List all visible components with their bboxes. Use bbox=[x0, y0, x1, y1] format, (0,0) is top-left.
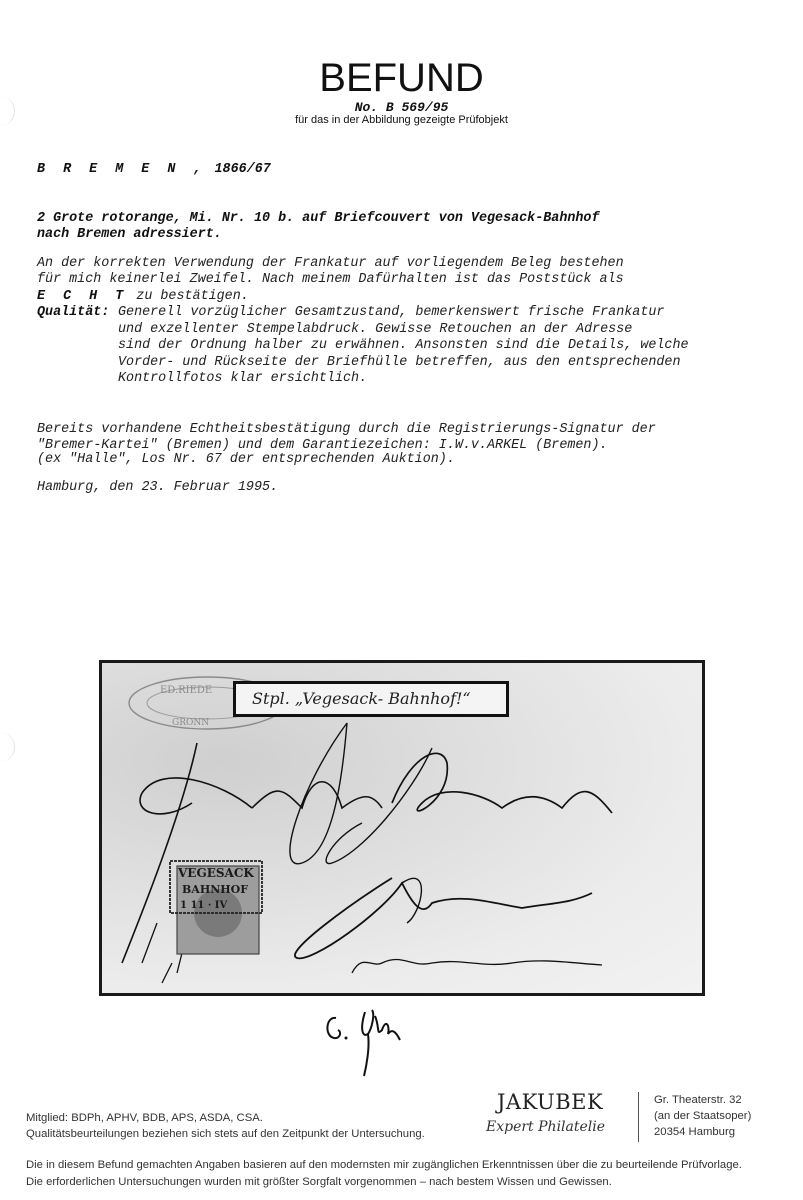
verdict-line: E C H T zu bestätigen. bbox=[37, 289, 797, 306]
svg-text:GRONN: GRONN bbox=[172, 718, 209, 728]
address-line: Gr. Theaterstr. 32 bbox=[654, 1092, 751, 1108]
quality-label: Qualität: bbox=[37, 305, 109, 322]
address-line: 20354 Hamburg bbox=[654, 1124, 751, 1140]
brand-tagline: Expert Philatelie bbox=[486, 1119, 605, 1135]
prior-signatures: Bereits vorhandene Echtheitsbestätigung … bbox=[37, 405, 797, 455]
item-description: 2 Grote rotorange, Mi. Nr. 10 b. auf Bri… bbox=[37, 194, 797, 244]
provenance: (ex "Halle", Los Nr. 67 der entsprechend… bbox=[37, 452, 797, 469]
signature-line: Bereits vorhandene Echtheitsbestätigung … bbox=[37, 422, 797, 439]
membership-line: Mitglied: BDPh, APHV, BDB, APS, ASDA, CS… bbox=[26, 1110, 425, 1126]
envelope-caption-label: Stpl. „Vegesack- Bahnhof!“ bbox=[233, 681, 509, 717]
heading-years: 1866/67 bbox=[215, 162, 271, 177]
usage-line: An der korrekten Verwendung der Frankatu… bbox=[37, 256, 797, 273]
svg-text:VEGESACK: VEGESACK bbox=[177, 866, 254, 880]
footer-divider bbox=[638, 1092, 639, 1142]
disclaimer-line: Die erforderlichen Untersuchungen wurden… bbox=[26, 1174, 742, 1191]
svg-text:ED.RIEDE: ED.RIEDE bbox=[160, 685, 212, 696]
quality-line: sind der Ordnung halber zu erwähnen. Ans… bbox=[118, 338, 689, 355]
usage-line: für mich keinerlei Zweifel. Nach meinem … bbox=[37, 272, 797, 289]
usage-paragraph: An der korrekten Verwendung der Frankatu… bbox=[37, 239, 797, 305]
scan-margin-mark bbox=[0, 732, 15, 762]
certificate-number: No. B 569/95 bbox=[0, 100, 803, 115]
quality-line: und exzellenter Stempelabdruck. Gewisse … bbox=[118, 322, 689, 339]
envelope-photo: ED.RIEDE GRONN VEGESACK BAHNHOF 1 11 · I… bbox=[99, 660, 705, 996]
verdict-word: E C H T bbox=[37, 289, 128, 304]
disclaimer: Die in diesem Befund gemachten Angaben b… bbox=[26, 1157, 742, 1190]
verdict-rest: zu bestätigen. bbox=[128, 289, 249, 304]
stamp-heading: B R E M E N , 1866/67 bbox=[37, 162, 797, 179]
quality-section: Qualität: Generell vorzüglicher Gesamtzu… bbox=[37, 305, 797, 338]
document-subtitle: für das in der Abbildung gezeigte Prüfob… bbox=[0, 114, 803, 126]
quality-line: Generell vorzüglicher Gesamtzustand, bem… bbox=[118, 305, 689, 322]
svg-text:1 11 · IV: 1 11 · IV bbox=[180, 900, 227, 911]
quality-note-line: Qualitätsbeurteilungen beziehen sich ste… bbox=[26, 1126, 425, 1142]
quality-line: Kontrollfotos klar ersichtlich. bbox=[118, 371, 689, 388]
quality-line: Vorder- und Rückseite der Briefhülle bet… bbox=[118, 355, 689, 372]
item-line: 2 Grote rotorange, Mi. Nr. 10 b. auf Bri… bbox=[37, 211, 797, 228]
disclaimer-line: Die in diesem Befund gemachten Angaben b… bbox=[26, 1157, 742, 1174]
address-line: (an der Staatsoper) bbox=[654, 1108, 751, 1124]
heading-country: B R E M E N , bbox=[37, 162, 206, 177]
brand-logo: JAKUBEK bbox=[497, 1090, 603, 1114]
examiner-signature bbox=[320, 1008, 430, 1078]
business-address: Gr. Theaterstr. 32 (an der Staatsoper) 2… bbox=[654, 1092, 751, 1140]
document-title: BEFUND bbox=[0, 56, 803, 101]
quality-text: Generell vorzüglicher Gesamtzustand, bem… bbox=[118, 305, 689, 388]
footer-membership-block: Mitglied: BDPh, APHV, BDB, APS, ASDA, CS… bbox=[26, 1110, 425, 1142]
svg-text:BAHNHOF: BAHNHOF bbox=[182, 883, 248, 896]
place-date: Hamburg, den 23. Februar 1995. bbox=[37, 480, 797, 497]
